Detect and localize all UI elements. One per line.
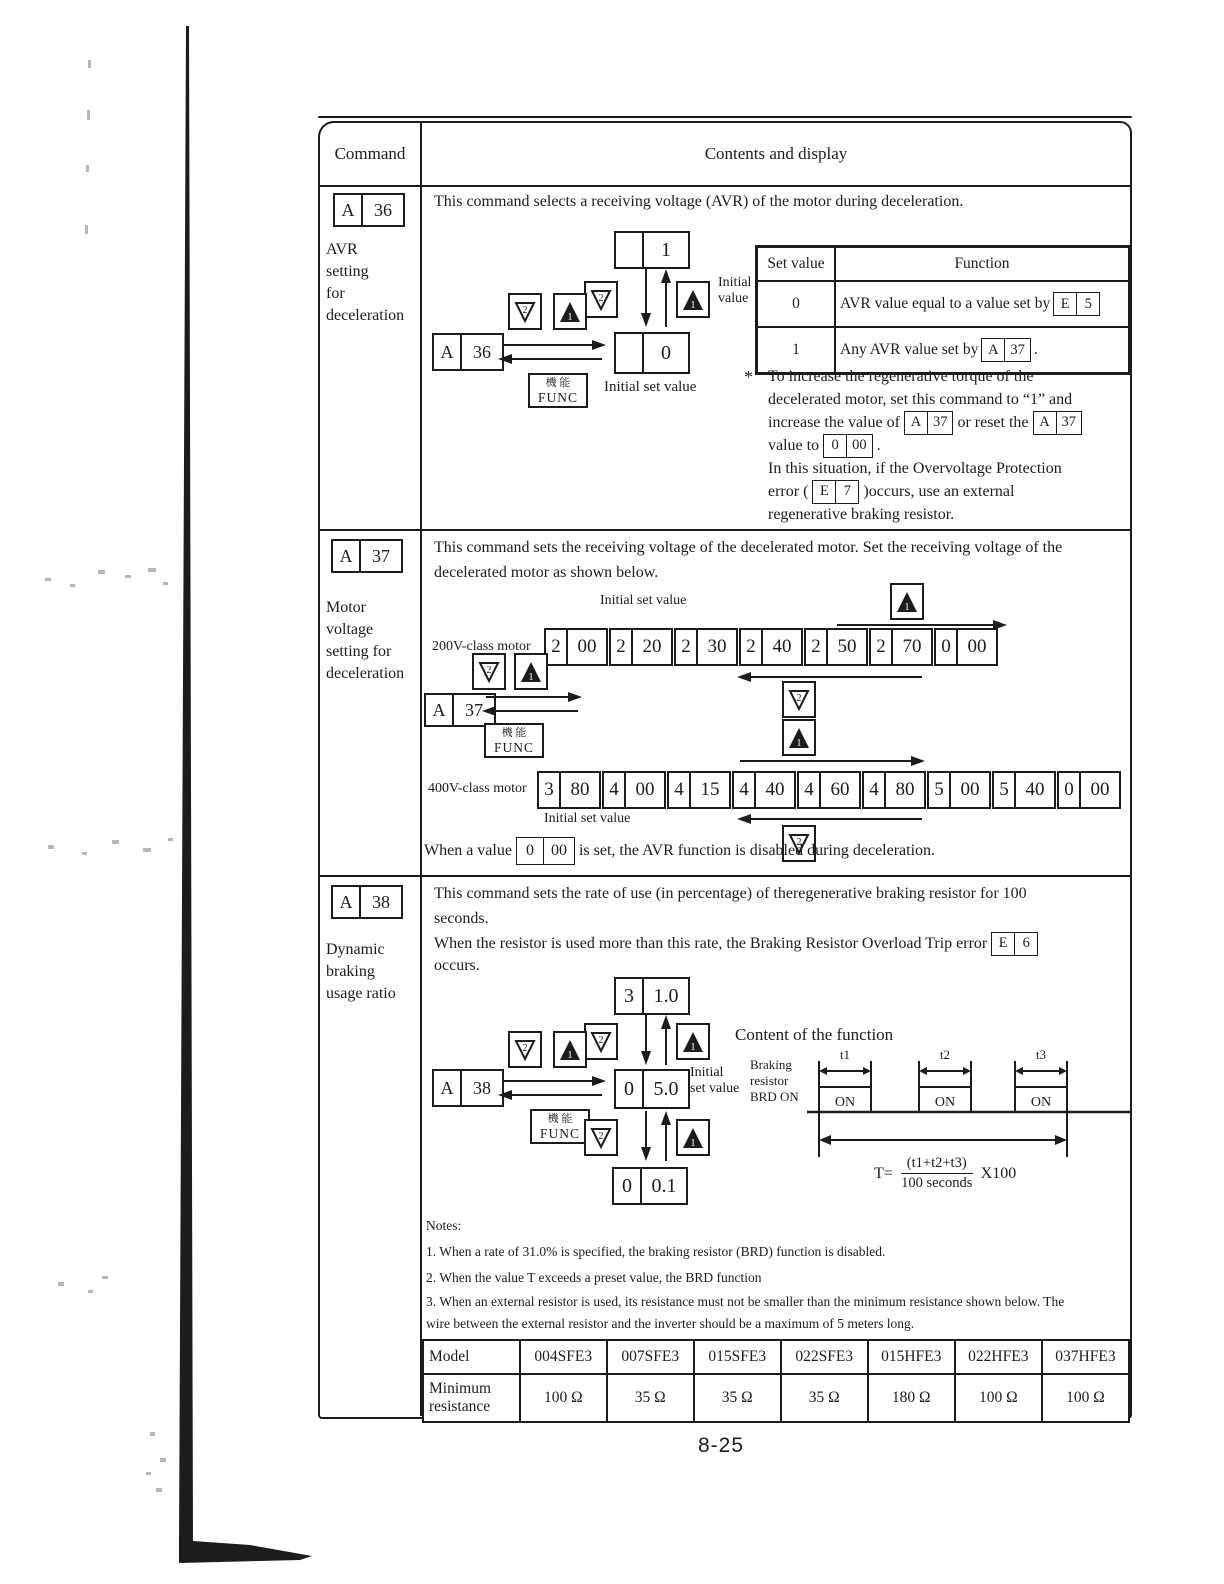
svg-text:2: 2 xyxy=(523,305,528,316)
a38-display-mid: 0 5.0 xyxy=(614,1069,690,1109)
svg-text:1: 1 xyxy=(691,300,696,311)
arrow-right-icon xyxy=(502,339,606,351)
svg-text:t3: t3 xyxy=(1036,1047,1046,1062)
a36-command-cell: A 36 AVR setting for deceleration xyxy=(320,187,422,529)
header-contents: Contents and display xyxy=(422,123,1130,185)
arrow-left-icon xyxy=(498,353,602,365)
star-bullet: * xyxy=(744,367,753,388)
arrow-left-icon xyxy=(498,1089,602,1101)
000-box: 000 xyxy=(823,434,873,458)
up-key-icon: 1 xyxy=(676,1023,710,1060)
a37-side-label: Motor voltage setting for deceleration xyxy=(326,597,404,685)
manual-page: Command Contents and display A 36 AVR se… xyxy=(0,0,1224,1584)
a36-set-value-table: Set value Function 0 AVR value equal to … xyxy=(755,245,1131,375)
func-key: 機 能 FUNC xyxy=(484,723,544,758)
model-row-label: Model xyxy=(423,1340,520,1374)
svg-text:2: 2 xyxy=(487,665,492,676)
note-2: 2. When the value T exceeds a preset val… xyxy=(426,1267,1130,1289)
a36-star-note: To increase the regenerative torque of t… xyxy=(768,365,1138,526)
down-key-icon: 2 xyxy=(584,1023,618,1060)
func-key: 機 能 FUNC xyxy=(530,1109,590,1144)
a38-display-bottom: 0 0.1 xyxy=(612,1167,688,1205)
a38-code-box: A 38 xyxy=(331,885,403,919)
a36-content: This command selects a receiving voltage… xyxy=(422,187,1130,529)
a38-code-box-diagram: A 38 xyxy=(432,1069,504,1107)
svg-text:2: 2 xyxy=(797,693,802,704)
function-0: AVR value equal to a value set by E5 xyxy=(835,281,1129,327)
svg-text:ON: ON xyxy=(935,1095,955,1110)
a38-content-title: Content of the function xyxy=(735,1025,893,1045)
down-key-icon: 2 xyxy=(508,293,542,330)
svg-text:ON: ON xyxy=(835,1095,855,1110)
command-table: Command Contents and display A 36 AVR se… xyxy=(318,121,1132,1419)
e5-box: E5 xyxy=(1053,292,1100,316)
page-number: 8-25 xyxy=(698,1434,744,1458)
up-key-icon: 1 xyxy=(890,583,924,620)
note-3: 3. When an external resistor is used, it… xyxy=(426,1291,1132,1335)
svg-text:2: 2 xyxy=(599,1035,604,1046)
svg-text:1: 1 xyxy=(905,602,910,613)
a38-command-cell: A 38 Dynamic braking usage ratio xyxy=(320,877,422,1416)
arrow-right-icon xyxy=(486,691,582,703)
a38-intro1: This command sets the rate of use (in pe… xyxy=(434,881,1134,931)
down-key-icon: 2 xyxy=(584,1119,618,1156)
arrow-right-icon xyxy=(740,755,925,767)
svg-text:1: 1 xyxy=(568,1050,573,1061)
up-key-icon: 1 xyxy=(676,1119,710,1156)
up-key-icon: 1 xyxy=(514,653,548,690)
brd-usage-formula: T= (t1+t2+t3) 100 seconds X100 xyxy=(874,1155,1016,1192)
arrow-up-icon xyxy=(660,1111,672,1161)
svg-text:2: 2 xyxy=(523,1043,528,1054)
a36-initial-bottom-label: Initial set value xyxy=(604,379,696,396)
section-a38: A 38 Dynamic braking usage ratio This co… xyxy=(320,875,1130,1416)
a36-display-top: 1 xyxy=(614,231,690,269)
function-header: Function xyxy=(835,247,1129,281)
a37-box: A37 xyxy=(904,411,954,435)
table-header-row: Command Contents and display xyxy=(320,123,1130,187)
a37-footer: When a value 000 is set, the AVR functio… xyxy=(424,839,935,862)
func-key: 機 能 FUNC xyxy=(528,373,588,408)
000-box: 000 xyxy=(516,837,575,865)
a37-box: A37 xyxy=(981,338,1031,362)
svg-text:1: 1 xyxy=(691,1042,696,1053)
up-key-icon: 1 xyxy=(553,293,587,330)
arrow-left-icon xyxy=(737,671,922,683)
a38-initial-mid-label: Initial set value xyxy=(690,1065,739,1097)
a37-code-box: A 37 xyxy=(331,539,403,573)
svg-text:2: 2 xyxy=(599,293,604,304)
e7-box: E7 xyxy=(812,480,859,504)
a38-intro2: When the resistor is used more than this… xyxy=(434,932,1038,955)
a37-200v-values: 200 220 230 240 250 270 000 xyxy=(544,628,998,666)
a36-intro: This command selects a receiving voltage… xyxy=(434,193,1134,211)
a36-side-label: AVR setting for deceleration xyxy=(326,239,404,327)
note-1: 1. When a rate of 31.0% is specified, th… xyxy=(426,1241,1130,1263)
section-a36: A 36 AVR setting for deceleration This c… xyxy=(320,187,1130,529)
down-key-icon: 2 xyxy=(584,281,618,318)
svg-text:t2: t2 xyxy=(940,1047,950,1062)
a36-code-box: A 36 xyxy=(333,193,405,227)
down-key-icon: 2 xyxy=(782,681,816,718)
resistance-row-label: Minimum resistance xyxy=(423,1374,520,1422)
a37-command-cell: A 37 Motor voltage setting for decelerat… xyxy=(320,531,422,875)
notes-title: Notes: xyxy=(426,1215,461,1237)
down-key-icon: 2 xyxy=(508,1031,542,1068)
svg-text:1: 1 xyxy=(568,312,573,323)
up-key-icon: 1 xyxy=(782,719,816,756)
arrow-right-icon xyxy=(502,1075,606,1087)
svg-text:ON: ON xyxy=(1031,1095,1051,1110)
svg-text:2: 2 xyxy=(599,1131,604,1142)
a37-400v-label: 400V-class motor xyxy=(428,781,527,797)
a38-display-top: 3 1.0 xyxy=(614,977,690,1015)
svg-text:t1: t1 xyxy=(840,1047,850,1062)
down-key-icon: 2 xyxy=(472,653,506,690)
a38-intro2b: occurs. xyxy=(434,957,480,975)
a36-code-box-diagram: A 36 xyxy=(432,333,504,371)
section-a37: A 37 Motor voltage setting for decelerat… xyxy=(320,529,1130,875)
a38-side-label: Dynamic braking usage ratio xyxy=(326,939,396,1005)
set-value-0: 0 xyxy=(757,281,835,327)
a38-content: This command sets the rate of use (in pe… xyxy=(422,877,1130,1416)
a37-initial-top-label: Initial set value xyxy=(600,593,686,609)
svg-text:1: 1 xyxy=(797,738,802,749)
up-key-icon: 1 xyxy=(553,1031,587,1068)
arrow-up-icon xyxy=(660,269,672,327)
arrow-down-icon xyxy=(640,269,652,327)
set-value-header: Set value xyxy=(757,247,835,281)
arrow-up-icon xyxy=(660,1015,672,1065)
e6-box: E6 xyxy=(991,932,1038,956)
brd-timing-label: Braking resistor BRD ON xyxy=(750,1057,799,1105)
svg-text:1: 1 xyxy=(529,672,534,683)
svg-text:1: 1 xyxy=(691,1138,696,1149)
arrow-down-icon xyxy=(640,1015,652,1065)
arrow-left-icon xyxy=(737,813,922,825)
arrow-down-icon xyxy=(640,1111,652,1161)
header-command: Command xyxy=(320,123,422,185)
a37-initial-bottom-label: Initial set value xyxy=(544,811,630,827)
min-resistance-table: Model 004SFE3 007SFE3 015SFE3 022SFE3 01… xyxy=(422,1339,1130,1423)
a37-box: A37 xyxy=(1033,411,1083,435)
arrow-left-icon xyxy=(482,705,578,717)
a37-content: This command sets the receiving voltage … xyxy=(422,531,1130,875)
a37-intro: This command sets the receiving voltage … xyxy=(434,535,1130,585)
a37-400v-values: 380 400 415 440 460 480 500 540 000 xyxy=(537,771,1121,809)
a36-display-bottom: 0 xyxy=(614,332,690,374)
up-key-icon: 1 xyxy=(676,281,710,318)
brd-timing-diagram: t1 t2 t3 ON ON ON xyxy=(807,1045,1132,1170)
